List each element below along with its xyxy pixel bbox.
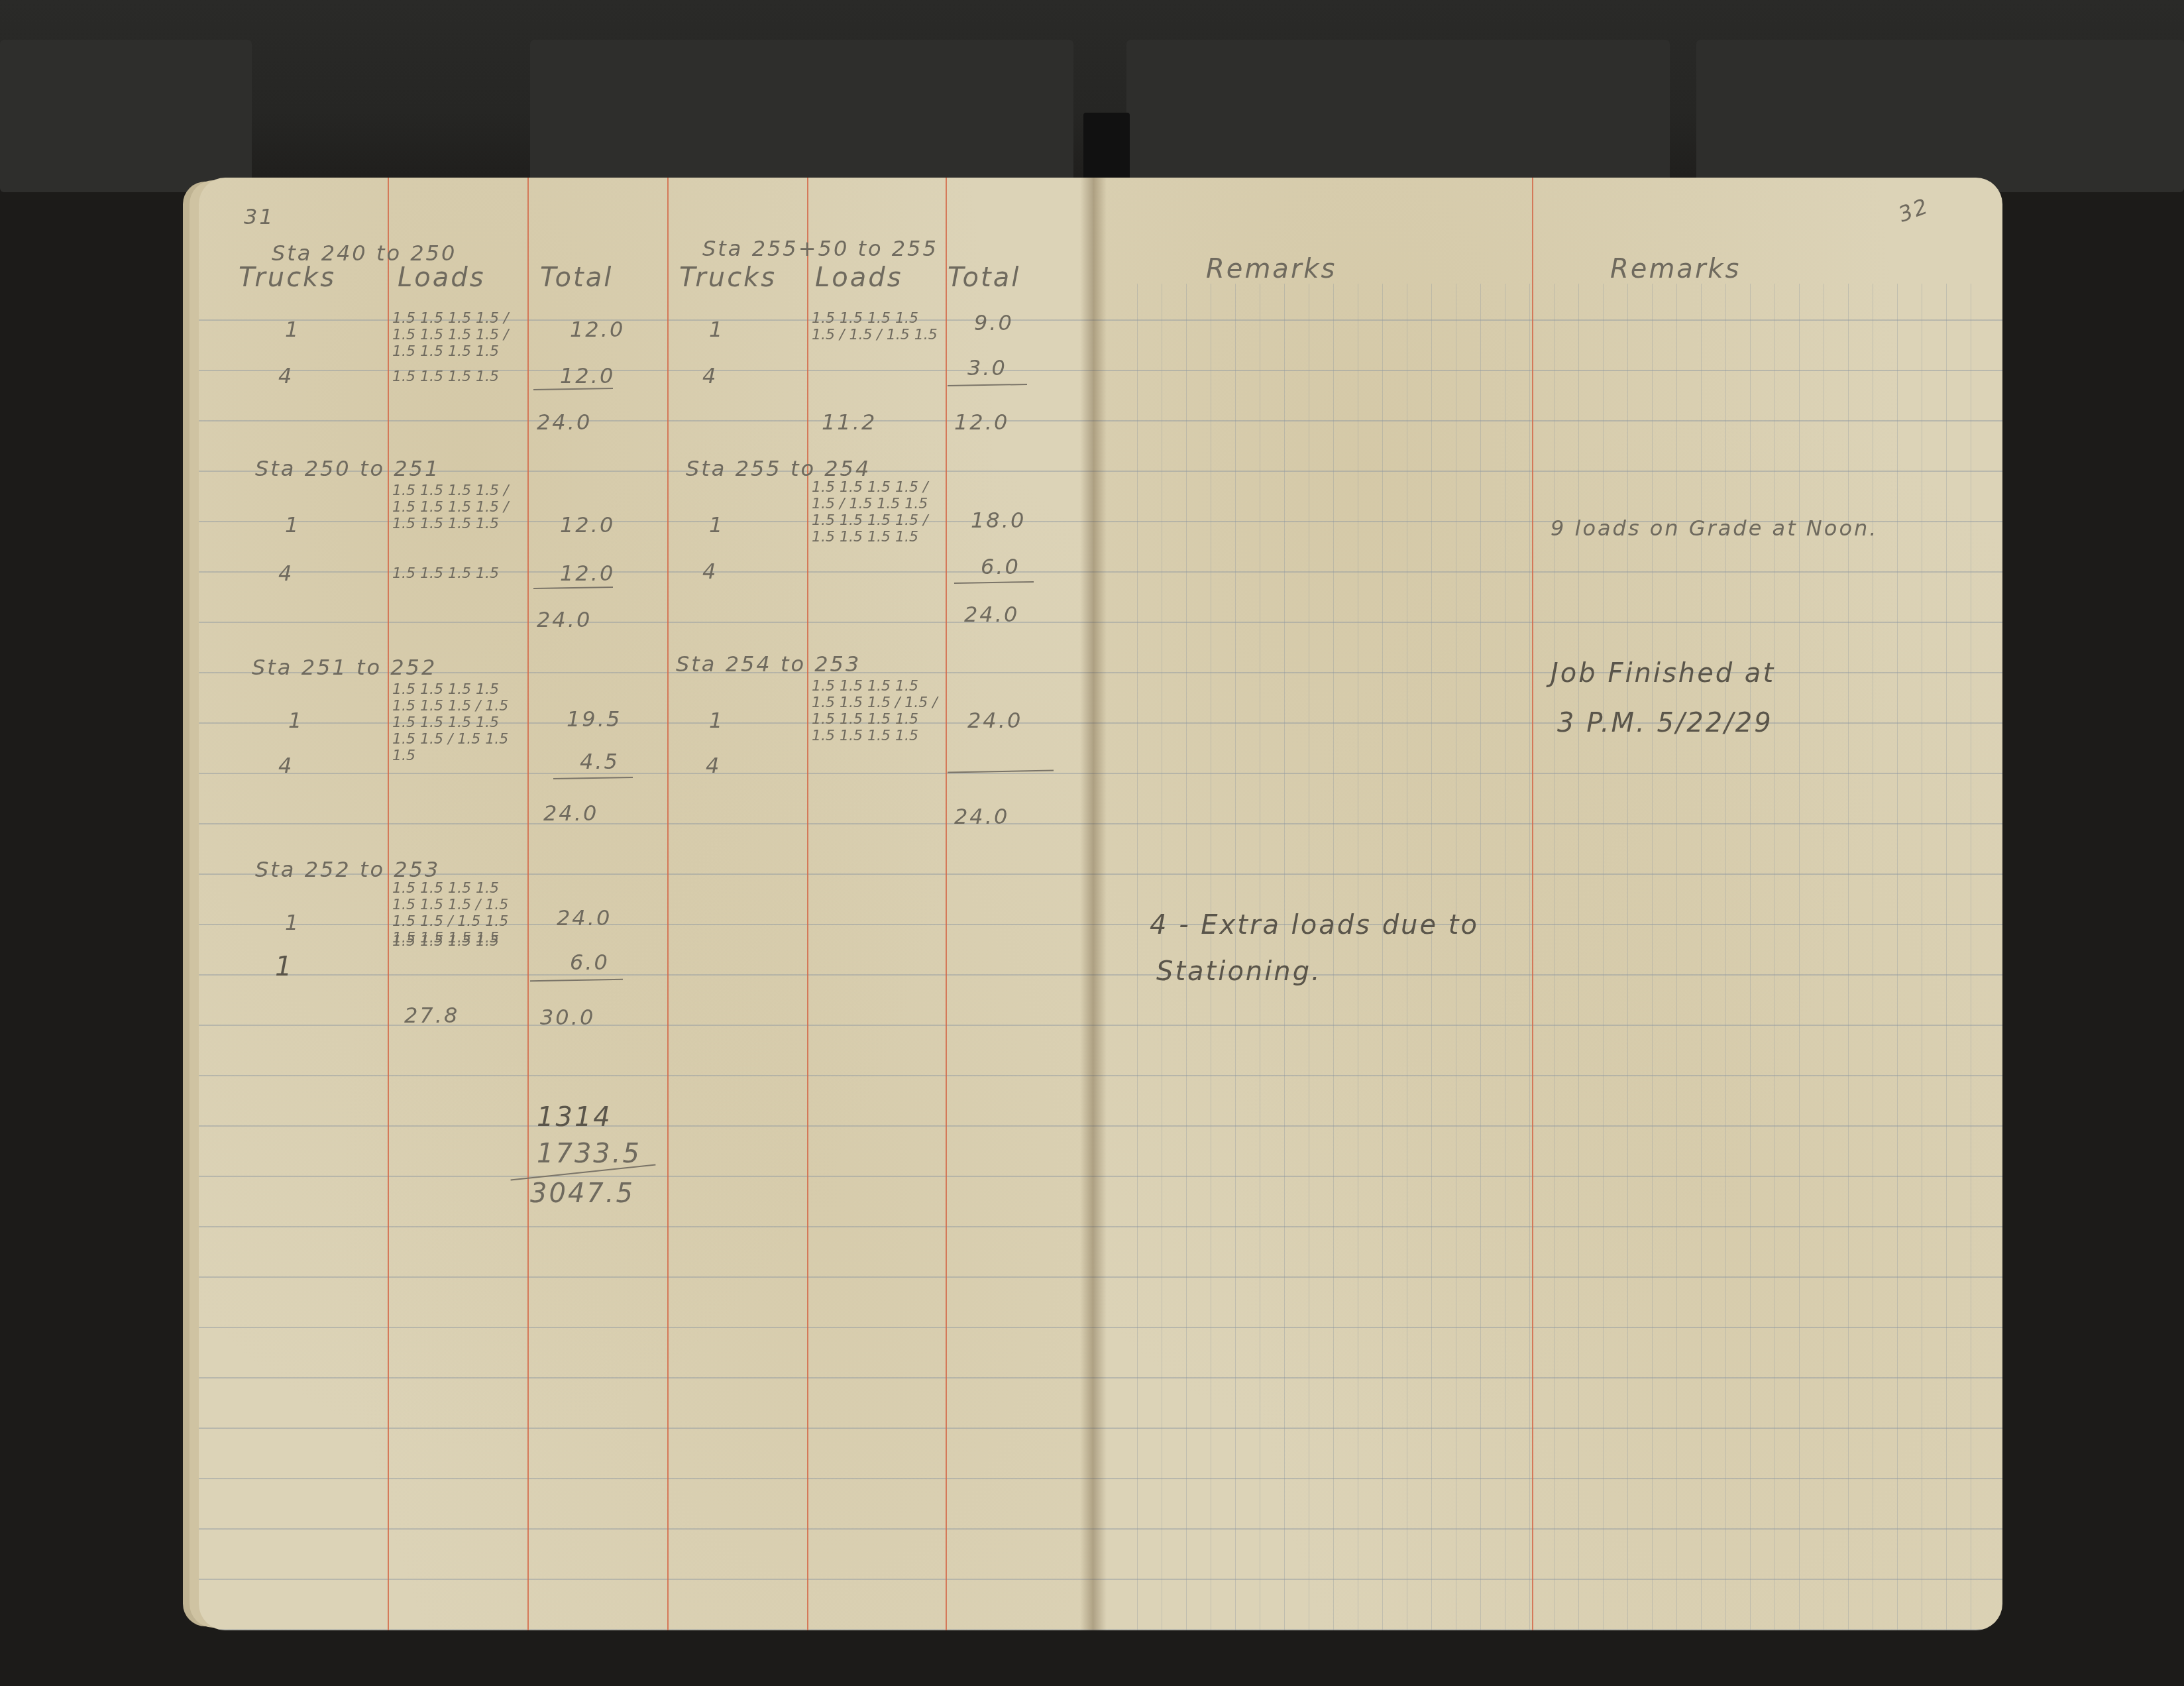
left-page: 31 Sta 240 to 250 Trucks Loads Total Sta… bbox=[199, 178, 1093, 1630]
trucks-value: 1 bbox=[709, 317, 724, 342]
trucks-value: 4 bbox=[702, 363, 718, 388]
section-sum: 24.0 bbox=[964, 602, 1019, 627]
total-value: 19.5 bbox=[567, 706, 622, 732]
total-value: 18.0 bbox=[971, 508, 1026, 533]
loads-tally: 1.5 1.5 1.5 1.5 / 1.5 1.5 1.5 1.5 / 1.5 … bbox=[392, 482, 525, 532]
column-rule bbox=[527, 178, 529, 1630]
trucks-value: 4 bbox=[278, 753, 294, 778]
trucks-value: 1 bbox=[288, 708, 303, 733]
header-trucks: Trucks bbox=[239, 262, 336, 293]
trucks-value: 1 bbox=[285, 512, 300, 537]
trucks-value: 4 bbox=[278, 561, 294, 586]
header-loads: Loads bbox=[815, 262, 903, 293]
header-loads: Loads bbox=[398, 262, 486, 293]
grand-total: 3047.5 bbox=[530, 1178, 635, 1209]
total-value: 6.0 bbox=[981, 554, 1020, 579]
loads-tally: 1.5 1.5 1.5 1.5 bbox=[392, 933, 499, 950]
book-gutter bbox=[1080, 178, 1107, 1630]
loads-tally: 1.5 1.5 1.5 1.5 bbox=[392, 368, 499, 385]
column-rule bbox=[667, 178, 669, 1630]
section-sum: 24.0 bbox=[954, 804, 1009, 829]
trucks-value: 1 bbox=[285, 910, 300, 935]
right-page: 32 Remarks Remarks 9 loads on Grade at N… bbox=[1093, 178, 2002, 1630]
total-value: 6.0 bbox=[570, 950, 610, 975]
loads-tally: 1.5 1.5 1.5 1.5 / 1.5 1.5 1.5 1.5 / 1.5 … bbox=[392, 310, 525, 360]
loads-sum: 11.2 bbox=[822, 410, 877, 435]
loads-tally: 1.5 1.5 1.5 1.5 1.5 1.5 1.5 / 1.5 1.5 1.… bbox=[392, 681, 525, 764]
loads-tally: 1.5 1.5 1.5 1.5 1.5 / 1.5 / 1.5 1.5 bbox=[812, 310, 944, 343]
remark: 4 - Extra loads due to bbox=[1150, 910, 1479, 940]
total-value: 4.5 bbox=[580, 749, 620, 774]
section-sum: 12.0 bbox=[954, 410, 1009, 435]
total-value: 3.0 bbox=[967, 355, 1007, 380]
backdrop-panel bbox=[1696, 40, 2184, 192]
station-label: Sta 251 to 252 bbox=[252, 655, 437, 680]
total-value: 12.0 bbox=[570, 317, 625, 342]
station-label: Sta 252 to 253 bbox=[255, 857, 440, 882]
trucks-value: 1 bbox=[709, 708, 724, 733]
page-number: 32 bbox=[1895, 193, 1933, 227]
remark: 3 P.M. 5/22/29 bbox=[1557, 708, 1773, 738]
trucks-value: 4 bbox=[702, 559, 718, 584]
loads-tally: 1.5 1.5 1.5 1.5 bbox=[392, 565, 499, 582]
station-label: Sta 250 to 251 bbox=[255, 456, 440, 481]
station-label: Sta 255+50 to 255 bbox=[702, 236, 938, 261]
grand-total-addend: 1314 bbox=[537, 1102, 612, 1133]
loads-sum: 27.8 bbox=[404, 1003, 459, 1028]
trucks-value: 1 bbox=[275, 952, 294, 982]
remark: Stationing. bbox=[1156, 956, 1322, 987]
trucks-value: 1 bbox=[285, 317, 300, 342]
trucks-value: 4 bbox=[278, 363, 294, 388]
section-sum: 24.0 bbox=[537, 607, 592, 632]
total-value: 9.0 bbox=[974, 310, 1014, 335]
total-value: 24.0 bbox=[967, 708, 1022, 733]
column-rule bbox=[807, 178, 808, 1630]
column-rule bbox=[1532, 178, 1533, 1630]
station-label: Sta 255 to 254 bbox=[686, 456, 871, 481]
section-sum: 24.0 bbox=[543, 801, 598, 826]
header-remarks: Remarks bbox=[1206, 254, 1337, 284]
header-total: Total bbox=[948, 262, 1020, 293]
backdrop-panel bbox=[1126, 40, 1670, 192]
loads-tally: 1.5 1.5 1.5 1.5 1.5 1.5 1.5 / 1.5 / 1.5 … bbox=[812, 678, 944, 744]
section-sum: 30.0 bbox=[540, 1005, 595, 1030]
total-value: 12.0 bbox=[560, 561, 615, 586]
section-sum: 24.0 bbox=[537, 410, 592, 435]
total-value: 24.0 bbox=[557, 905, 612, 930]
remark: 9 loads on Grade at Noon. bbox=[1551, 516, 1878, 541]
header-total: Total bbox=[540, 262, 613, 293]
header-trucks: Trucks bbox=[679, 262, 777, 293]
page-number: 31 bbox=[244, 204, 275, 229]
total-value: 12.0 bbox=[560, 512, 615, 537]
loads-tally: 1.5 1.5 1.5 1.5 / 1.5 / 1.5 1.5 1.5 1.5 … bbox=[812, 479, 944, 545]
column-rule bbox=[388, 178, 389, 1630]
total-value: 12.0 bbox=[560, 363, 615, 388]
column-rule bbox=[946, 178, 947, 1630]
remark: Job Finished at bbox=[1551, 658, 1775, 689]
grand-total-addend: 1733.5 bbox=[537, 1139, 641, 1169]
station-label: Sta 254 to 253 bbox=[676, 651, 861, 677]
header-remarks: Remarks bbox=[1610, 254, 1741, 284]
backdrop-panel bbox=[0, 40, 252, 192]
trucks-value: 4 bbox=[706, 753, 721, 778]
trucks-value: 1 bbox=[709, 512, 724, 537]
backdrop-panel bbox=[530, 40, 1073, 192]
